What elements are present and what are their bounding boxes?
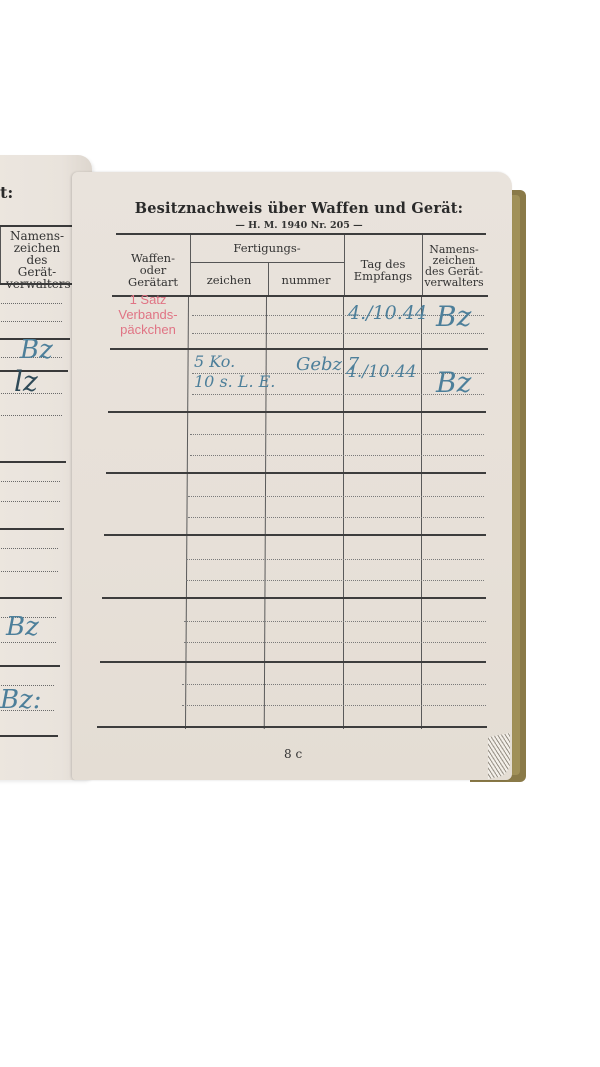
row-line (104, 534, 486, 536)
page-title: Besitznachweis über Waffen und Gerät: (104, 200, 494, 217)
row-line (108, 411, 486, 413)
header-namenszeichen: Namens- zeichen des Gerät- verwalters (422, 244, 486, 288)
handwritten-date: 4./10.44 (346, 362, 417, 382)
left-row-line (0, 597, 62, 599)
header-zeichen: zeichen (190, 274, 268, 286)
handwritten-zeichen: 5 Ko. 10 s. L. E. (194, 352, 275, 392)
row-line (106, 472, 486, 474)
left-dotted-line (0, 321, 62, 322)
dotted-line (190, 455, 484, 456)
left-dotted-line (0, 415, 62, 416)
left-column-header: Namens- zeichen des Gerät- verwalters (6, 230, 68, 290)
header-fertigungs: Fertigungs- (190, 242, 344, 254)
red-stamp-verbandspaeckchen: 1 Satz Verbands- päckchen (108, 292, 188, 337)
dotted-line (186, 580, 484, 581)
dotted-line (188, 496, 484, 497)
row-line (102, 597, 486, 599)
table-top-line (116, 233, 486, 235)
left-row-line (0, 461, 66, 463)
row-line (100, 661, 486, 663)
column-divider (421, 297, 422, 729)
dotted-line (188, 517, 484, 518)
page-number: 8 c (284, 747, 302, 761)
handwritten-signature: Bz (436, 300, 471, 333)
left-column-divider (0, 227, 1, 283)
left-dotted-line (0, 548, 58, 549)
left-signature: Bz (6, 612, 39, 642)
dotted-line (190, 434, 484, 435)
dotted-line (192, 333, 484, 334)
subheader-line (190, 262, 344, 263)
page-subtitle: — H. M. 1940 Nr. 205 — (104, 220, 494, 231)
left-signature: lz (14, 365, 38, 398)
row-line (97, 726, 487, 728)
left-dotted-line (0, 501, 60, 502)
header-nummer: nummer (268, 274, 344, 286)
dotted-line (182, 684, 486, 685)
dotted-line (186, 559, 484, 560)
dotted-line (184, 621, 486, 622)
row-line (110, 348, 488, 350)
left-signature: Bz: (0, 685, 42, 715)
left-dotted-line (0, 303, 62, 304)
dotted-line (184, 642, 486, 643)
header-tag-des-empfangs: Tag des Empfangs (344, 258, 422, 282)
left-row-line (0, 735, 58, 737)
left-header-top-line (0, 225, 72, 227)
left-header-bottom-line (0, 283, 72, 285)
left-row-line (0, 665, 60, 667)
handwritten-date: 4./10.44 (348, 302, 427, 324)
left-page-title-fragment: t: (0, 183, 13, 202)
left-dotted-line (0, 481, 60, 482)
dotted-line (182, 705, 486, 706)
left-signature: Bz (20, 335, 53, 365)
left-dotted-line (0, 642, 56, 643)
left-dotted-line (0, 571, 58, 572)
handwritten-signature: Bz (436, 366, 471, 399)
header-waffen: Waffen- oder Gerätart (116, 252, 190, 288)
left-row-line (0, 528, 64, 530)
